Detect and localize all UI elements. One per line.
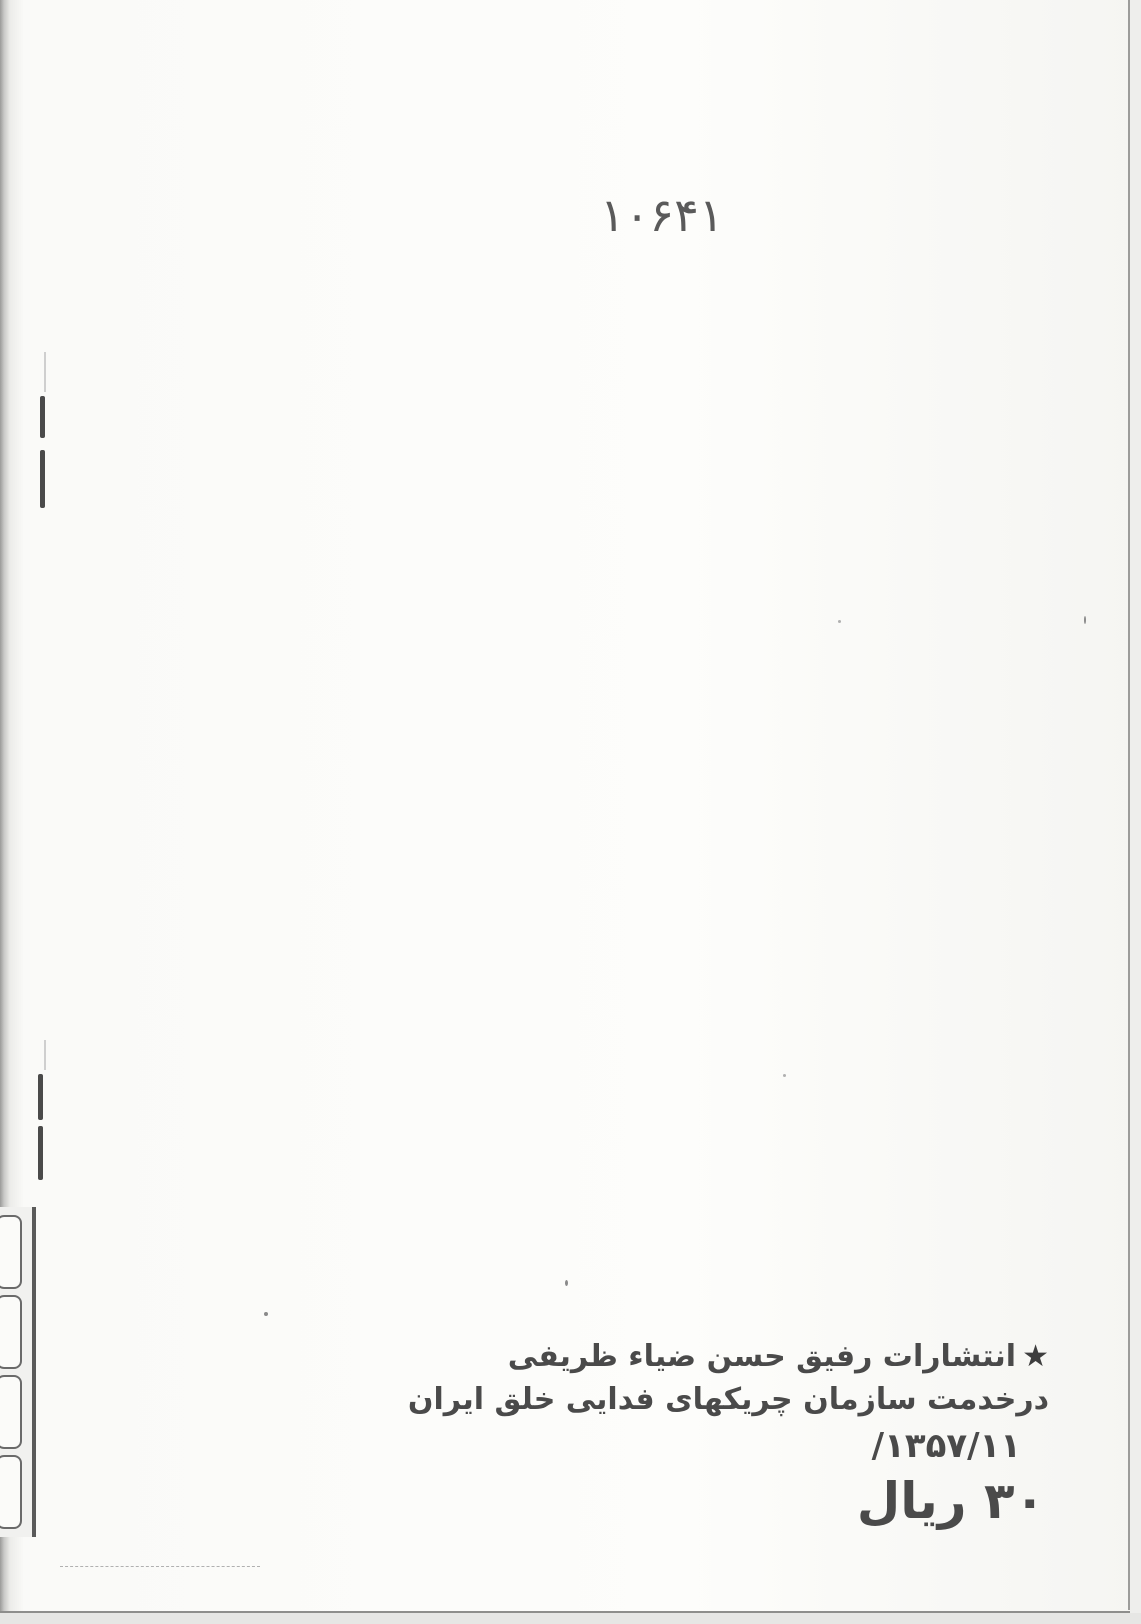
price-line: ۳۰ ریال <box>409 1470 1045 1532</box>
page-right-shadow <box>1130 0 1141 1624</box>
staple-mark <box>40 396 45 438</box>
staple-mark-faint <box>44 352 46 392</box>
paper-speck <box>783 1074 786 1077</box>
page-bottom-shadow <box>0 1613 1141 1624</box>
paper-speck <box>838 620 841 623</box>
staple-mark <box>38 1126 43 1180</box>
star-icon: ★ <box>1022 1339 1049 1374</box>
service-line: درخدمت سازمان چریکهای فدایی خلق ایران <box>409 1378 1049 1422</box>
paper-speck <box>1084 616 1086 624</box>
staple-mark <box>40 450 45 508</box>
binding-slot <box>0 1455 22 1529</box>
cover-page: ۱۰۶۴۱ ★انتشارات رفیق حسن ضیاء ظریفی درخد… <box>0 0 1141 1624</box>
handwritten-catalog-number: ۱۰۶۴۱ <box>600 188 780 258</box>
paper-speck <box>565 1280 568 1286</box>
staple-mark-faint <box>44 1040 46 1070</box>
paper-smudge-line <box>60 1566 260 1568</box>
binding-slot <box>0 1375 22 1449</box>
date-line: ۱۳۵۷/۱۱/ <box>409 1422 1021 1470</box>
binding-strip <box>0 1207 36 1537</box>
publisher-imprint: ★انتشارات رفیق حسن ضیاء ظریفی درخدمت ساز… <box>409 1336 1049 1532</box>
paper-speck <box>264 1312 268 1316</box>
binding-slot <box>0 1295 22 1369</box>
publisher-line: ★انتشارات رفیق حسن ضیاء ظریفی <box>409 1336 1049 1378</box>
binding-slot <box>0 1215 22 1289</box>
publisher-text: انتشارات رفیق حسن ضیاء ظریفی <box>508 1339 1016 1374</box>
staple-mark <box>38 1074 43 1120</box>
